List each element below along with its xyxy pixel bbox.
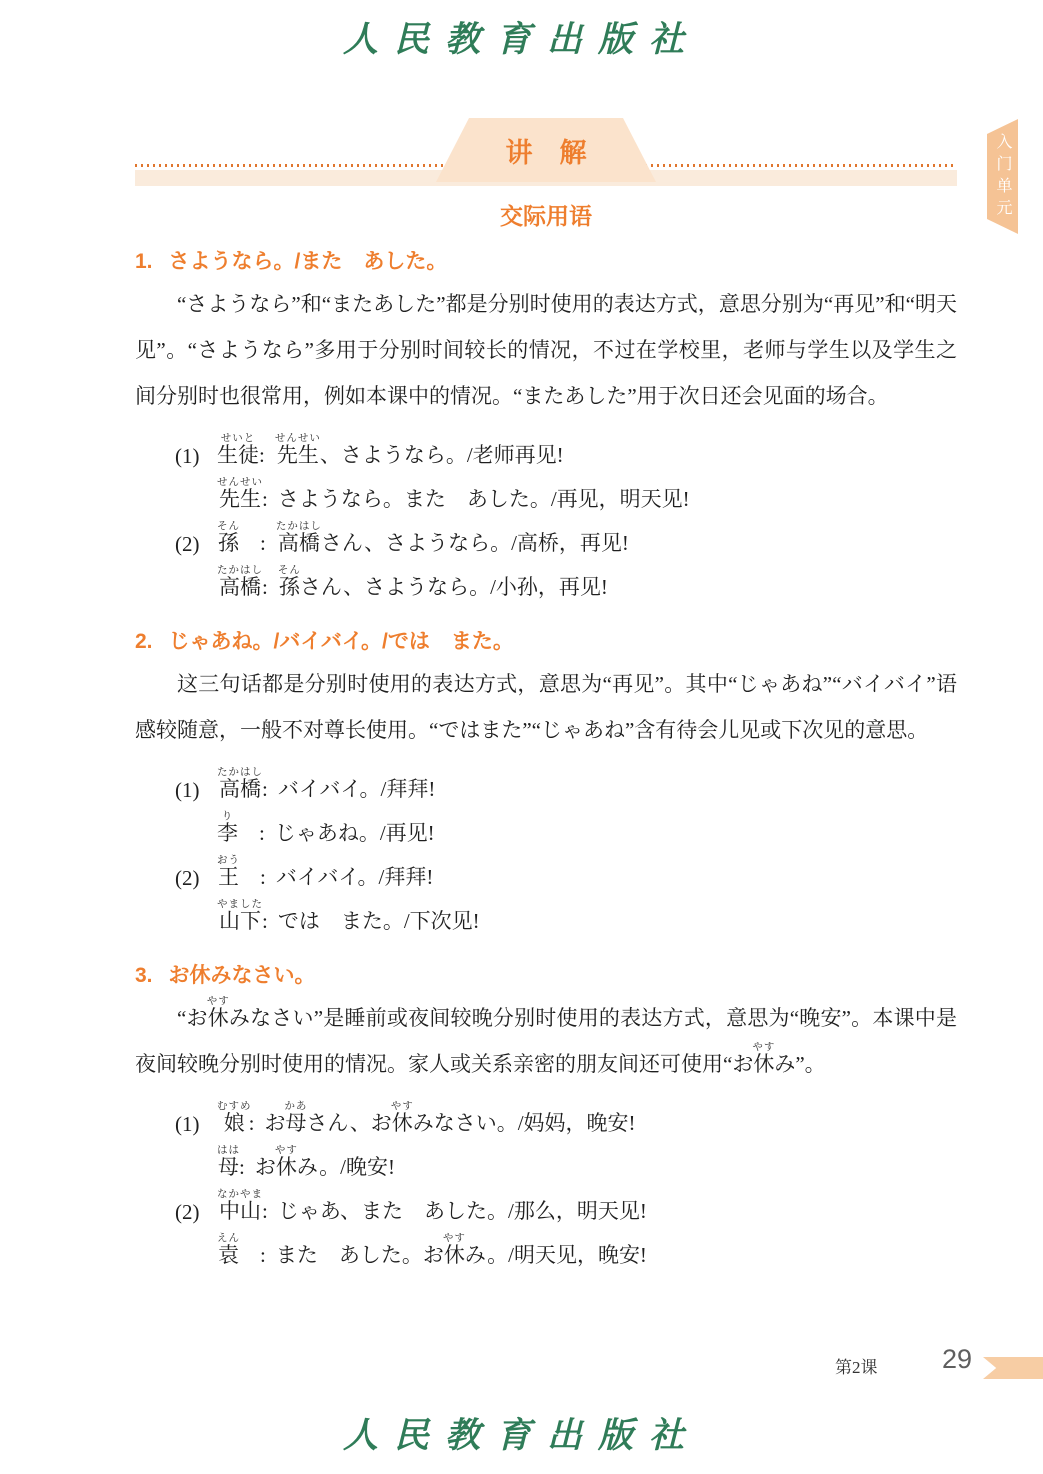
dialogue-text: 高橋たかはしさん、さようなら。/高桥，再见! <box>266 521 629 557</box>
section-1-heading: 1. さようなら。/また あした。 <box>135 245 957 275</box>
dialogue-speaker: 母はは: <box>217 1145 245 1181</box>
dialogue-speaker: 李り : <box>217 811 265 847</box>
dialogue-line: 李り : じゃあね。/再见! <box>175 803 957 847</box>
dialogue-line: (2) 中山なかやま: じゃあ、また あした。/那么，明天见! <box>175 1181 957 1225</box>
section-3-paragraph: “お休やすみなさい”是睡前或夜间较晚分别时使用的表达方式，意思为“晚安”。本课中… <box>135 995 957 1087</box>
dialogue-line: 袁えん : また あした。お休やすみ。/明天见，晚安! <box>175 1225 957 1269</box>
dialogue-number: (2) <box>175 532 217 557</box>
dialogue-speaker: 娘むすめ: <box>217 1101 254 1137</box>
dialogue-number: (1) <box>175 444 217 469</box>
publisher-logo-top: 人民教育出版社 <box>0 12 1043 62</box>
dialogue-line: (1) 生徒せいと: 先生せんせい、さようなら。/老师再见! <box>175 425 957 469</box>
dialogue-line: (2) 孫そん : 高橋たかはしさん、さようなら。/高桥，再见! <box>175 513 957 557</box>
dialogue-speaker: 王おう : <box>217 855 266 891</box>
section-3-heading: 3. お休みなさい。 <box>135 959 957 989</box>
dialogue-text: さようなら。また あした。/再见，明天见! <box>268 483 690 513</box>
section-1-paragraph: “さようなら”和“またあした”都是分别时使用的表达方式，意思分别为“再见”和“明… <box>135 281 957 419</box>
dialogue-text: お休やすみ。/晚安! <box>245 1145 395 1181</box>
dialogue-line: (1) 高橋たかはし: バイバイ。/拜拜! <box>175 759 957 803</box>
dialogue-speaker: 中山なかやま: <box>217 1189 268 1225</box>
section-2-heading: 2. じゃあね。/バイバイ。/では また。 <box>135 625 957 655</box>
dialogue-line: (1) 娘むすめ: お母かあさん、お休やすみなさい。/妈妈，晚安! <box>175 1093 957 1137</box>
dialogue-number: (2) <box>175 866 217 891</box>
textbook-page: 人民教育出版社 讲 解 入门单元 交际用语 1. さようなら。/また あした。 … <box>0 0 1043 1474</box>
unit-tab-label: 入门单元 <box>991 133 1014 221</box>
page-number: 29 <box>942 1344 972 1375</box>
lesson-label: 第2课 <box>835 1353 878 1378</box>
unit-tab: 入门单元 <box>987 119 1018 234</box>
dialogue-speaker: 孫そん : <box>217 521 266 557</box>
section-3: 3. お休みなさい。 “お休やすみなさい”是睡前或夜间较晚分别时使用的表达方式，… <box>135 959 957 1269</box>
section-1: 1. さようなら。/また あした。 “さようなら”和“またあした”都是分别时使用… <box>135 245 957 601</box>
dialogue-speaker: 袁えん : <box>217 1233 266 1269</box>
footer-ribbon <box>983 1357 1043 1379</box>
dialogue-text: じゃあ、また あした。/那么，明天见! <box>268 1195 647 1225</box>
dialogue-text: 先生せんせい、さようなら。/老师再见! <box>265 433 564 469</box>
dialogue-text: バイバイ。/拜拜! <box>268 773 436 803</box>
header-badge-label: 讲 解 <box>506 131 587 170</box>
publisher-logo-bottom: 人民教育出版社 <box>0 1408 1043 1458</box>
dialogue-line: 先生せんせい: さようなら。また あした。/再见，明天见! <box>175 469 957 513</box>
dialogue-text: また あした。お休やすみ。/明天见，晚安! <box>266 1233 647 1269</box>
dialogue-line: 母はは: お休やすみ。/晚安! <box>175 1137 957 1181</box>
dialogue-text: 孫そんさん、さようなら。/小孙，再见! <box>268 565 608 601</box>
section-1-title-text: さようなら。/また あした。 <box>169 245 448 275</box>
section-2: 2. じゃあね。/バイバイ。/では また。 这三句话都是分别时使用的表达方式，意… <box>135 625 957 935</box>
dialogue-line: (2) 王おう : バイバイ。/拜拜! <box>175 847 957 891</box>
dialogue-speaker: 山下やました: <box>217 899 268 935</box>
dialogue-speaker: 先生せんせい: <box>217 477 268 513</box>
dialogue-speaker: 高橋たかはし: <box>217 767 268 803</box>
section-3-title-text: お休みなさい。 <box>169 959 316 989</box>
dialogue-number: (1) <box>175 1112 217 1137</box>
dialogue-text: バイバイ。/拜拜! <box>266 861 434 891</box>
dialogue-speaker: 高橋たかはし: <box>217 565 268 601</box>
section-2-dialogues: (1) 高橋たかはし: バイバイ。/拜拜! 李り : じゃあね。/再见! (2)… <box>135 759 957 935</box>
header-badge: 讲 解 <box>436 118 656 182</box>
dialogue-line: 高橋たかはし: 孫そんさん、さようなら。/小孙，再见! <box>175 557 957 601</box>
section-3-dialogues: (1) 娘むすめ: お母かあさん、お休やすみなさい。/妈妈，晚安! 母はは: お… <box>135 1093 957 1269</box>
section-2-number: 2. <box>135 630 153 654</box>
dialogue-number: (1) <box>175 778 217 803</box>
dialogue-number: (2) <box>175 1200 217 1225</box>
dialogue-line: 山下やました: では また。/下次见! <box>175 891 957 935</box>
section-2-paragraph: 这三句话都是分别时使用的表达方式，意思为“再见”。其中“じゃあね”“バイバイ”语… <box>135 661 957 753</box>
dialogue-text: お母かあさん、お休やすみなさい。/妈妈，晚安! <box>254 1101 635 1137</box>
dialogue-text: では また。/下次见! <box>268 905 480 935</box>
page-content: 交际用语 1. さようなら。/また あした。 “さようなら”和“またあした”都是… <box>135 198 957 1269</box>
topic-title: 交际用语 <box>135 198 957 231</box>
section-1-number: 1. <box>135 250 153 274</box>
dialogue-text: じゃあね。/再见! <box>265 817 435 847</box>
section-3-number: 3. <box>135 964 153 988</box>
dialogue-speaker: 生徒せいと: <box>217 433 265 469</box>
section-1-dialogues: (1) 生徒せいと: 先生せんせい、さようなら。/老师再见! 先生せんせい: さ… <box>135 425 957 601</box>
section-2-title-text: じゃあね。/バイバイ。/では また。 <box>169 625 514 655</box>
